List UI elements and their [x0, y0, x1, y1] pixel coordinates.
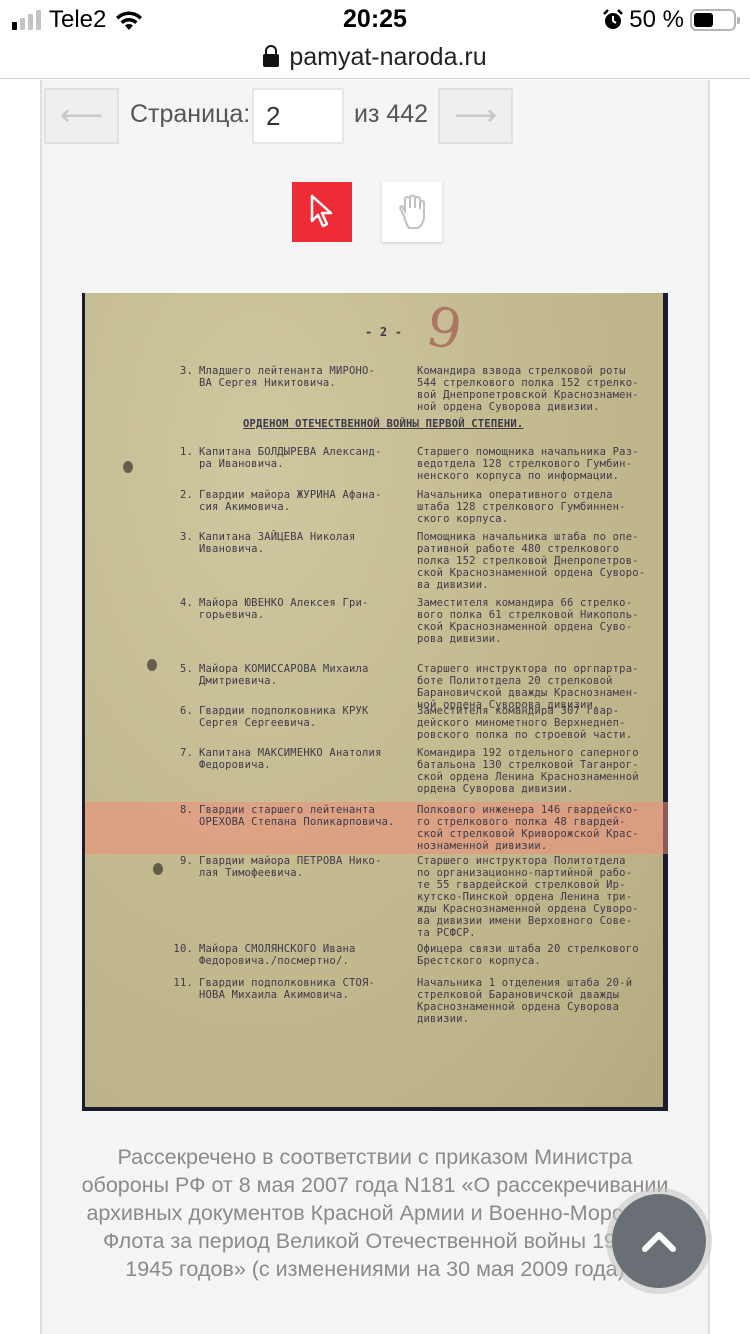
entry-num: 1. [173, 446, 193, 458]
entry-num: 8. [173, 804, 193, 816]
entry-role: Старшего инструктора Политотдела по орга… [417, 855, 663, 939]
entry-num: 3. [173, 531, 193, 543]
entry-who: Гвардии майора ПЕТРОВА Нико- лая Тимофее… [199, 855, 425, 879]
entry-who: Гвардии майора ЖУРИНА Афана- сия Акимови… [199, 489, 425, 513]
entry-num: 4. [173, 597, 193, 609]
page-number-input[interactable] [252, 88, 344, 144]
battery-icon [690, 9, 736, 31]
page-total: из 442 [354, 100, 428, 129]
lock-icon [263, 49, 279, 69]
pencil-mark: 9 [426, 320, 462, 338]
arrow-left-icon: ⟵ [60, 101, 103, 131]
entry-who: Гвардии старшего лейтенанта ОРЕХОВА Степ… [199, 804, 425, 828]
select-tool-button[interactable] [292, 182, 352, 242]
prev-page-button[interactable]: ⟵ [44, 88, 119, 144]
url-text[interactable]: pamyat-naroda.ru [289, 43, 486, 72]
entry-role: Заместителя командира 66 стрелко- вого п… [417, 597, 663, 645]
page-label: Страница: [130, 100, 250, 129]
pagination: ⟵ Страница: из 442 ⟶ [42, 88, 708, 144]
entry-role: Старшего инструктора по оргпартра- боте … [417, 663, 663, 711]
declassification-note: Рассекречено в соответствии с приказом М… [80, 1143, 670, 1283]
entry-num: 2. [173, 489, 193, 501]
entry-who: Майора ЮВЕНКО Алексея Гри- горьевича. [199, 597, 425, 621]
entry-who: Майора КОМИССАРОВА Михаила Дмитриевича. [199, 663, 425, 687]
document-paper: - 2 - 9 3. Младшего лейтенанта МИРОНО- В… [85, 293, 663, 1107]
entry-who: Капитана БОЛДЫРЕВА Александ- ра Иванович… [199, 446, 425, 470]
battery-percent: 50 % [629, 6, 684, 34]
document-page-number: - 2 - [365, 326, 402, 338]
scroll-to-top-button[interactable] [612, 1194, 706, 1288]
punch-hole [123, 461, 133, 473]
status-bar: Tele2 20:25 50 % [0, 0, 750, 40]
entry-role: Старшего помощника начальника Раз- ведот… [417, 446, 663, 482]
entry-role: Начальника 1 отделения штаба 20-й стрелк… [417, 977, 663, 1025]
arrow-right-icon: ⟶ [454, 101, 497, 131]
entry-num: 9. [173, 855, 193, 867]
award-heading: ОРДЕНОМ ОТЕЧЕСТВЕННОЙ ВОЙНЫ ПЕРВОЙ СТЕПЕ… [243, 418, 523, 430]
next-page-button[interactable]: ⟶ [438, 88, 513, 144]
address-bar[interactable]: pamyat-naroda.ru [0, 36, 750, 79]
status-right: 50 % [603, 6, 736, 34]
document-image[interactable]: - 2 - 9 3. Младшего лейтенанта МИРОНО- В… [82, 293, 668, 1111]
entry-num: 10. [173, 943, 193, 955]
entry-who: Гвардии подполковника СТОЯ- НОВА Михаила… [199, 977, 425, 1001]
entry-num: 6. [173, 705, 193, 717]
cursor-arrow-icon [307, 193, 337, 231]
entry-who: Капитана МАКСИМЕНКО Анатолия Федоровича. [199, 747, 425, 771]
entry-role: Полкового инженера 146 гвардейско- го ст… [417, 804, 663, 852]
entry-num: 5. [173, 663, 193, 675]
entry-num: 11. [173, 977, 193, 989]
entry-role: Офицера связи штаба 20 стрелкового Брест… [417, 943, 663, 967]
hand-icon [395, 194, 429, 230]
chevron-up-icon [642, 1230, 676, 1252]
entry-num: 7. [173, 747, 193, 759]
alarm-icon [603, 9, 623, 31]
entry-role: Командира 192 отдельного саперного батал… [417, 747, 663, 795]
entry-role: Начальника оперативного отдела штаба 128… [417, 489, 663, 525]
entry-who: Майора СМОЛЯНСКОГО Ивана Федоровича./пос… [199, 943, 425, 967]
punch-hole [147, 659, 157, 671]
entry-who: Капитана ЗАЙЦЕВА Николая Ивановича. [199, 531, 425, 555]
punch-hole [153, 863, 163, 875]
hand-tool-button[interactable] [382, 182, 442, 242]
entry-role: Помощника начальника штаба по опе- ратив… [417, 531, 663, 591]
entry-who: Гвардии подполковника КРУК Сергея Сергее… [199, 705, 425, 729]
entry-role: Заместителя командира 307 гвар- дейского… [417, 705, 663, 741]
